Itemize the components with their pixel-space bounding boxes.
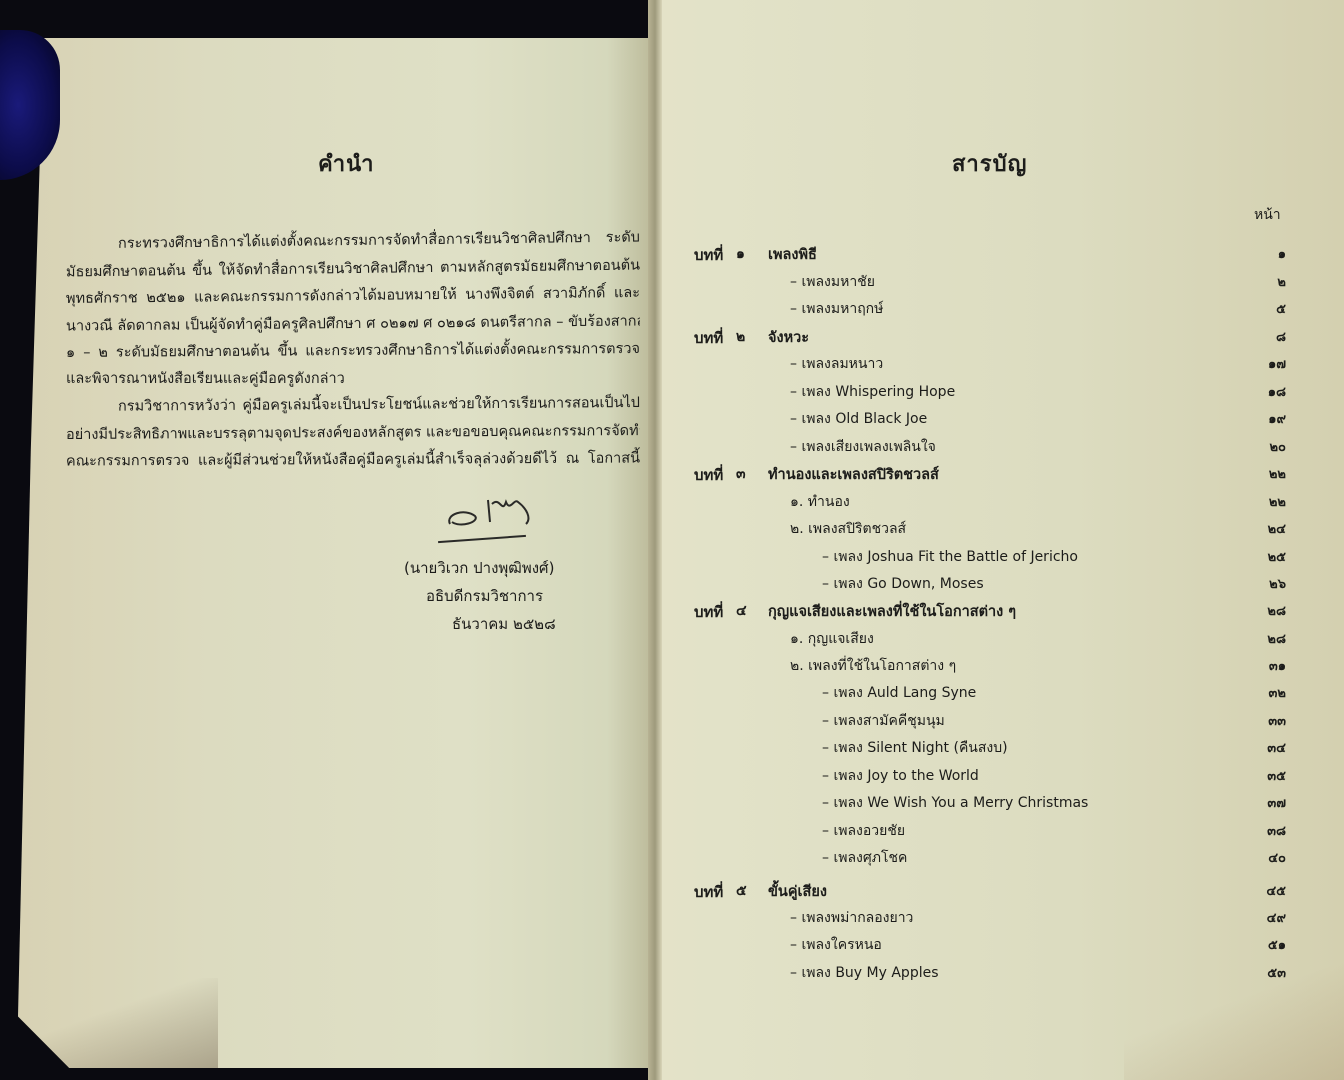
- page-number: ๓๒: [1269, 682, 1286, 703]
- toc-section-row: ๒. เพลงสปิริตชวลส์๒๔: [694, 518, 1294, 542]
- song-title: – เพลงใครหนอ: [790, 934, 882, 956]
- page-number: ๔๐: [1268, 847, 1286, 868]
- chapter-title: กุญแจเสียงและเพลงที่ใช้ในโอกาสต่าง ๆ: [768, 600, 1016, 623]
- page-number: ๒๘: [1267, 628, 1286, 649]
- page-number: ๒๒: [1269, 463, 1286, 484]
- toc-title: สารบัญ: [952, 146, 1027, 181]
- page-number: ๕๓: [1267, 962, 1286, 983]
- toc-song-row: – เพลง Go Down, Moses๒๖: [694, 573, 1294, 597]
- toc-song-row: – เพลง Silent Night (คืนสงบ)๓๔: [694, 737, 1294, 761]
- chapter-label: บทที่: [694, 326, 723, 350]
- toc-song-row: – เพลง Old Black Joe๑๙: [694, 408, 1294, 432]
- page-number: ๘: [1276, 326, 1286, 347]
- toc-chapter-row: บทที่๒จังหวะ๘: [694, 326, 1294, 350]
- song-title: – เพลงเสียงเพลงเพลินใจ: [790, 436, 936, 458]
- song-title: – เพลง Joy to the World: [822, 765, 979, 787]
- page-number: ๒๐: [1269, 436, 1286, 457]
- song-title: – เพลง Silent Night (คืนสงบ): [822, 737, 1008, 759]
- page-number: ๒๘: [1267, 600, 1286, 621]
- page-number: ๑: [1278, 243, 1286, 264]
- page-number: ๒๖: [1269, 573, 1286, 594]
- page-number: ๓๓: [1268, 710, 1286, 731]
- toc-song-row: – เพลง Joy to the World๓๕: [694, 765, 1294, 789]
- chapter-number: ๒: [736, 326, 745, 348]
- page-number: ๑๗: [1268, 353, 1286, 374]
- chapter-title: ทำนองและเพลงสปิริตชวลส์: [768, 463, 939, 486]
- song-title: – เพลง Whispering Hope: [790, 381, 955, 403]
- toc-section-row: ๒. เพลงที่ใช้ในโอกาสต่าง ๆ๓๑: [694, 655, 1294, 679]
- song-title: – เพลง We Wish You a Merry Christmas: [822, 792, 1088, 814]
- page-number: ๒๕: [1268, 546, 1286, 567]
- page-number: ๑๙: [1268, 408, 1286, 429]
- toc-song-row: – เพลงพม่ากลองยาว๔๙: [694, 907, 1294, 931]
- page-number: ๒๔: [1268, 518, 1286, 539]
- toc-song-row: – เพลง Buy My Apples๕๓: [694, 962, 1294, 986]
- page-column-label: หน้า: [1254, 204, 1281, 226]
- toc-song-row: – เพลงเสียงเพลงเพลินใจ๒๐: [694, 436, 1294, 460]
- toc-song-row: – เพลง We Wish You a Merry Christmas๓๗: [694, 792, 1294, 816]
- toc-chapter-row: บทที่๑เพลงพิธี๑: [694, 243, 1294, 267]
- song-title: – เพลงมหาชัย: [790, 271, 875, 293]
- page-number: ๓๕: [1267, 765, 1286, 786]
- section-title: ๑. กุญแจเสียง: [790, 628, 874, 650]
- song-title: – เพลงพม่ากลองยาว: [790, 907, 913, 929]
- page-number: ๔๙: [1267, 907, 1286, 928]
- song-title: – เพลงศุภโชค: [822, 847, 907, 869]
- section-title: ๒. เพลงที่ใช้ในโอกาสต่าง ๆ: [790, 655, 956, 677]
- page-number: ๕๑: [1268, 934, 1286, 955]
- section-title: ๒. เพลงสปิริตชวลส์: [790, 518, 906, 540]
- page-number: ๓๘: [1267, 820, 1286, 841]
- song-title: – เพลงอวยชัย: [822, 820, 905, 842]
- toc-song-row: – เพลงสามัคคีชุมนุม๓๓: [694, 710, 1294, 734]
- toc-song-row: – เพลง Auld Lang Syne๓๒: [694, 682, 1294, 706]
- toc-song-row: – เพลงมหาฤกษ์๕: [694, 298, 1294, 322]
- page-number: ๑๘: [1268, 381, 1286, 402]
- page-number: ๓๑: [1269, 655, 1286, 676]
- song-title: – เพลงสามัคคีชุมนุม: [822, 710, 945, 732]
- chapter-number: ๔: [736, 600, 747, 622]
- toc-song-row: – เพลงมหาชัย๒: [694, 271, 1294, 295]
- page-number: ๓๗: [1267, 792, 1286, 813]
- song-title: – เพลง Old Black Joe: [790, 408, 927, 430]
- chapter-number: ๑: [736, 243, 745, 265]
- toc-song-row: – เพลงลมหนาว๑๗: [694, 353, 1294, 377]
- page-number: ๒๒: [1269, 491, 1286, 512]
- song-title: – เพลงมหาฤกษ์: [790, 298, 883, 320]
- toc-song-row: – เพลง Whispering Hope๑๘: [694, 381, 1294, 405]
- song-title: – เพลง Joshua Fit the Battle of Jericho: [822, 546, 1078, 568]
- song-title: – เพลง Auld Lang Syne: [822, 682, 976, 704]
- chapter-number: ๕: [736, 880, 747, 902]
- chapter-title: เพลงพิธี: [768, 243, 817, 266]
- song-title: – เพลงลมหนาว: [790, 353, 883, 375]
- song-title: – เพลง Buy My Apples: [790, 962, 939, 984]
- toc-section-row: ๑. กุญแจเสียง๒๘: [694, 628, 1294, 652]
- toc-page: สารบัญ หน้า บทที่๑เพลงพิธี๑– เพลงมหาชัย๒…: [0, 0, 1344, 1080]
- chapter-label: บทที่: [694, 880, 723, 904]
- chapter-title: จังหวะ: [768, 326, 809, 349]
- section-title: ๑. ทำนอง: [790, 491, 850, 513]
- chapter-label: บทที่: [694, 243, 723, 267]
- page-number: ๕: [1276, 298, 1286, 319]
- toc-chapter-row: บทที่๔กุญแจเสียงและเพลงที่ใช้ในโอกาสต่าง…: [694, 600, 1294, 624]
- toc-song-row: – เพลง Joshua Fit the Battle of Jericho๒…: [694, 546, 1294, 570]
- song-title: – เพลง Go Down, Moses: [822, 573, 984, 595]
- chapter-number: ๓: [736, 463, 746, 485]
- chapter-title: ขั้นคู่เสียง: [768, 880, 827, 903]
- page-number: ๓๔: [1267, 737, 1286, 758]
- toc-song-row: – เพลงอวยชัย๓๘: [694, 820, 1294, 844]
- toc-section-row: ๑. ทำนอง๒๒: [694, 491, 1294, 515]
- toc-chapter-row: บทที่๓ทำนองและเพลงสปิริตชวลส์๒๒: [694, 463, 1294, 487]
- page-number: ๒: [1277, 271, 1286, 292]
- toc-song-row: – เพลงศุภโชค๔๐: [694, 847, 1294, 871]
- chapter-label: บทที่: [694, 600, 723, 624]
- toc-chapter-row: บทที่๕ขั้นคู่เสียง๔๕: [694, 880, 1294, 904]
- page-number: ๔๕: [1266, 880, 1286, 901]
- toc-song-row: – เพลงใครหนอ๕๑: [694, 934, 1294, 958]
- chapter-label: บทที่: [694, 463, 723, 487]
